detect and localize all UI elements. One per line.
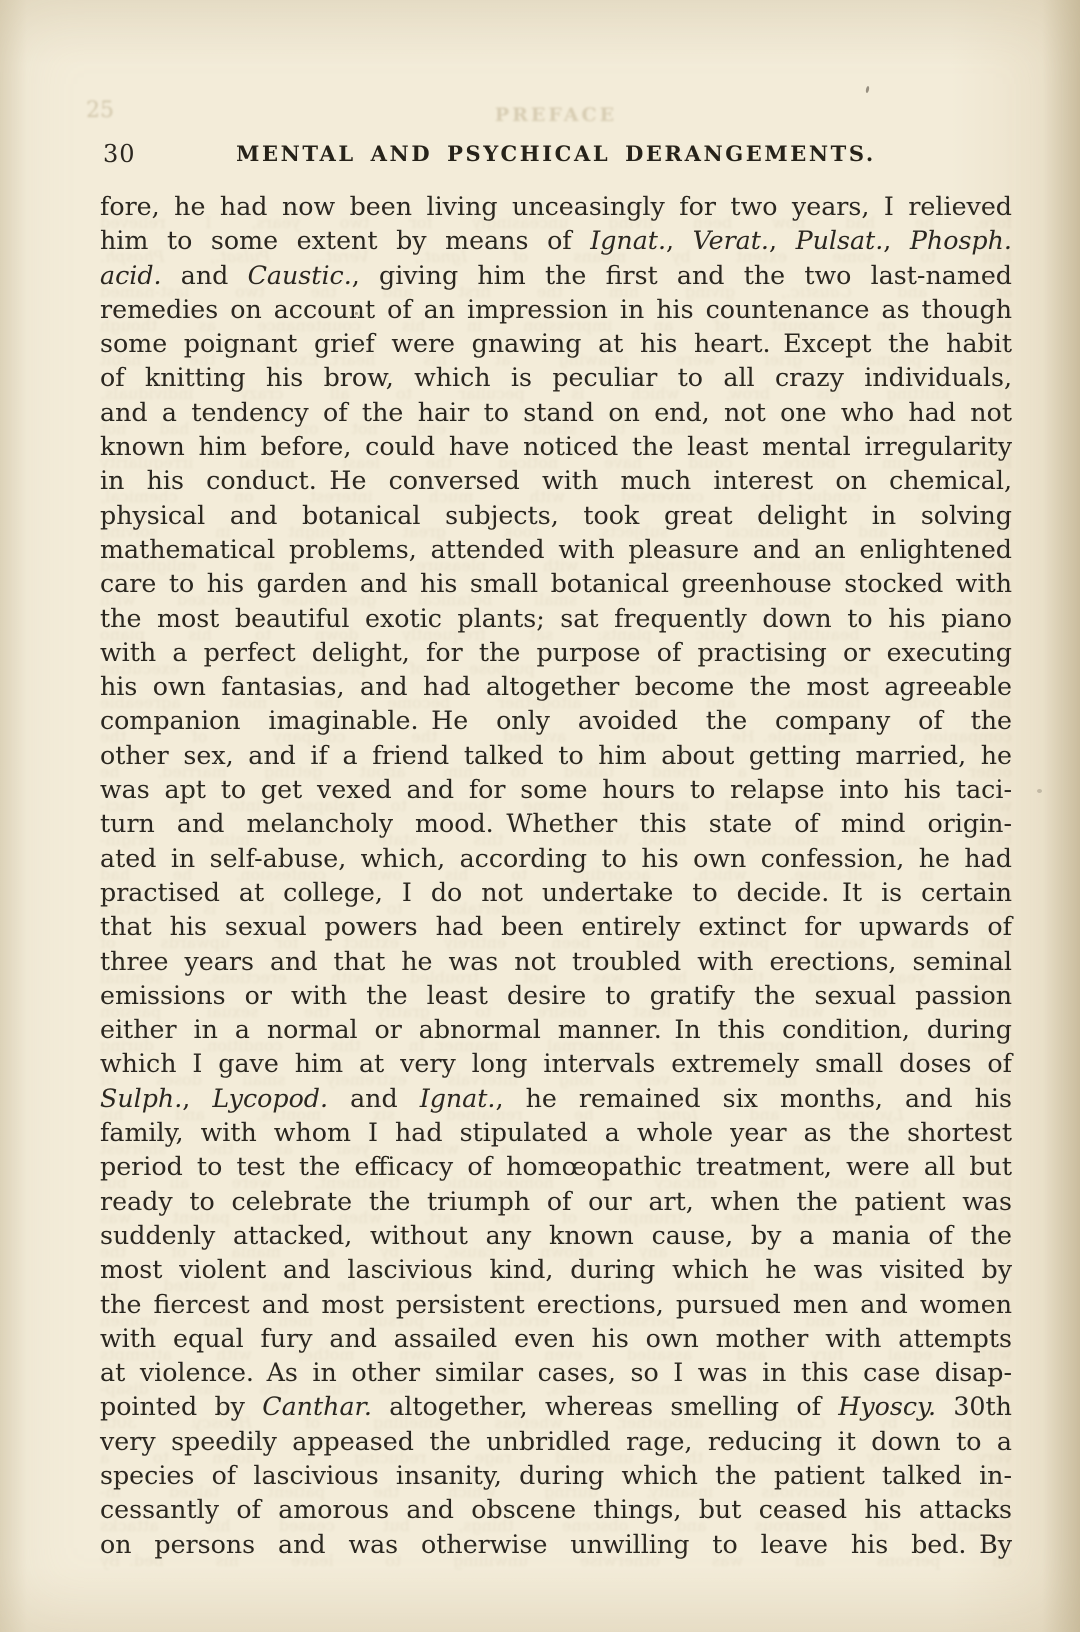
text-line: species of lascivious insanity, during w… [100,1459,1012,1493]
text-line: physical and botanical subjects, took gr… [100,499,1012,533]
bleed-through-running-title: PREFACE [100,104,1012,126]
text-line: some poignant grief were gnawing at his … [100,327,1012,361]
text-line: with a perfect delight, for the purpose … [100,636,1012,670]
scan-speck [1037,789,1042,793]
text-line: period to test the efficacy of homœopath… [100,1150,1012,1184]
text-line: mathematical problems, attended with ple… [100,533,1012,567]
text-line: his own fantasias, and had altogether be… [100,670,1012,704]
text-line: known him before, could have noticed the… [100,430,1012,464]
text-line: with equal fury and assailed even his ow… [100,1322,1012,1356]
text-line: suddenly attacked, without any known cau… [100,1219,1012,1253]
page-header: 30 MENTAL AND PSYCHICAL DERANGEMENTS. [100,138,1012,170]
text-line: most violent and lascivious kind, during… [100,1253,1012,1287]
text-line: the fiercest and most persistent erectio… [100,1288,1012,1322]
bleed-through-page-number: 25 [86,98,114,123]
text-line: three years and that he was not troubled… [100,945,1012,979]
text-line: emissions or with the least desire to gr… [100,979,1012,1013]
text-line: on persons and was otherwise unwilling t… [100,1528,1012,1562]
text-line: ated in self-abuse, which, according to … [100,842,1012,876]
scan-speck [865,86,869,93]
text-line: at violence. As in other similar cases, … [100,1356,1012,1390]
text-line: other sex, and if a friend talked to him… [100,739,1012,773]
text-line: family, with whom I had stipulated a who… [100,1116,1012,1150]
text-line: companion imaginable. He only avoided th… [100,704,1012,738]
text-line: was apt to get vexed and for some hours … [100,773,1012,807]
book-page-scan: 25 PREFACE fore, he had now been living … [0,0,1080,1632]
running-title: MENTAL AND PSYCHICAL DERANGEMENTS. [100,141,1012,166]
text-line: pointed by Canthar. altogether, whereas … [100,1390,1012,1424]
text-line: cessantly of amorous and obscene things,… [100,1493,1012,1527]
text-line: practised at college, I do not undertake… [100,876,1012,910]
text-line: ready to celebrate the triumph of our ar… [100,1185,1012,1219]
text-line: very speedily appeased the unbridled rag… [100,1425,1012,1459]
text-line: him to some extent by means of Ignat., V… [100,224,1012,258]
body-text: fore, he had now been living unceasingly… [100,190,1012,1562]
text-line: which I gave him at very long intervals … [100,1047,1012,1081]
text-line: fore, he had now been living unceasingly… [100,190,1012,224]
text-line: in his conduct. He conversed with much i… [100,464,1012,498]
text-line: that his sexual powers had been entirely… [100,910,1012,944]
text-line: care to his garden and his small botanic… [100,567,1012,601]
text-line: Sulph., Lycopod. and Ignat., he remained… [100,1082,1012,1116]
text-line: acid. and Caustic., giving him the first… [100,259,1012,293]
text-line: turn and melancholy mood. Whether this s… [100,807,1012,841]
text-line: and a tendency of the hair to stand on e… [100,396,1012,430]
text-line: either in a normal or abnormal manner. I… [100,1013,1012,1047]
text-line: the most beautiful exotic plants; sat fr… [100,602,1012,636]
text-line: remedies on account of an impression in … [100,293,1012,327]
text-line: of knitting his brow, which is peculiar … [100,361,1012,395]
